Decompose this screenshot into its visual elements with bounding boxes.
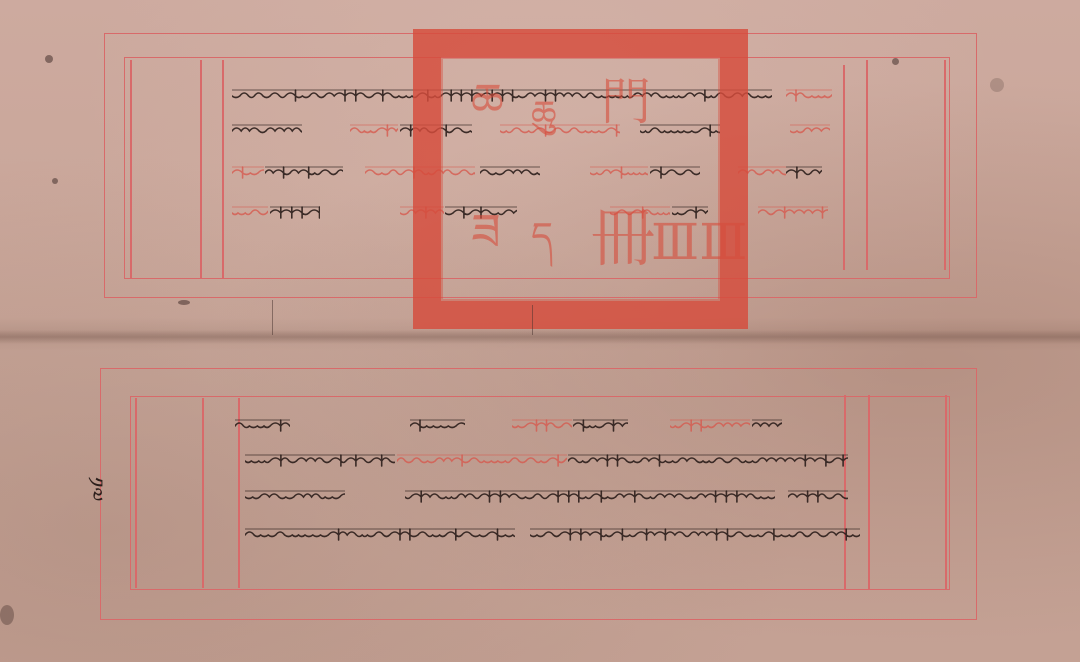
stain-spot <box>45 55 53 63</box>
script-segment-red <box>232 164 264 180</box>
script-segment-black <box>573 417 628 433</box>
seal-glyph: ཆུ <box>531 97 557 133</box>
right-ruling <box>945 395 947 590</box>
script-segment-red <box>670 417 750 433</box>
stain-spot <box>892 58 899 65</box>
paper-crack <box>272 300 273 335</box>
left-ruling <box>222 60 224 278</box>
script-segment-black <box>788 488 848 504</box>
stain-spot <box>990 78 1004 92</box>
right-ruling <box>868 395 870 590</box>
script-segment-red <box>786 87 832 103</box>
script-segment-black <box>786 164 822 180</box>
seal-glyph: ཟ <box>471 207 501 257</box>
script-segment-black <box>245 526 515 542</box>
script-segment-black <box>245 452 395 468</box>
seal-glyph: 門 <box>601 77 651 127</box>
right-ruling <box>944 60 946 270</box>
stain-spot <box>52 178 58 184</box>
script-segment-red <box>790 122 830 138</box>
script-segment-black <box>245 488 345 504</box>
left-ruling <box>202 398 204 588</box>
fold-between-folios <box>0 330 1080 344</box>
script-segment-black <box>270 204 320 220</box>
script-segment-black <box>235 417 290 433</box>
script-segment-black <box>232 122 302 138</box>
seal-glyph: ⅢⅢ <box>651 217 747 267</box>
stain-spot <box>0 605 14 625</box>
left-ruling <box>135 398 137 588</box>
script-segment-red <box>397 452 567 468</box>
script-segment-black <box>405 488 775 504</box>
script-segment-red <box>512 417 572 433</box>
red-seal-stamp: ཆ ཟ ཆུ ད 冊 ⅢⅢ 門 <box>413 29 748 329</box>
seal-glyph: ཆ <box>471 77 504 123</box>
script-segment-black <box>530 526 860 542</box>
right-ruling <box>866 60 868 270</box>
left-ruling <box>200 60 202 278</box>
script-segment-red <box>350 122 398 138</box>
margin-folio-number: ༡༧ <box>57 477 119 502</box>
left-ruling <box>130 60 132 278</box>
script-segment-black <box>752 417 782 433</box>
script-segment-red <box>758 204 828 220</box>
seal-glyph: ད <box>531 217 553 255</box>
paper-crack <box>532 305 533 335</box>
script-segment-black <box>265 164 343 180</box>
script-segment-black <box>410 417 465 433</box>
stain-spot <box>178 300 190 305</box>
script-segment-black <box>568 452 848 468</box>
seal-glyph: 冊 <box>591 207 655 271</box>
script-segment-red <box>232 204 268 220</box>
right-ruling <box>843 65 845 270</box>
